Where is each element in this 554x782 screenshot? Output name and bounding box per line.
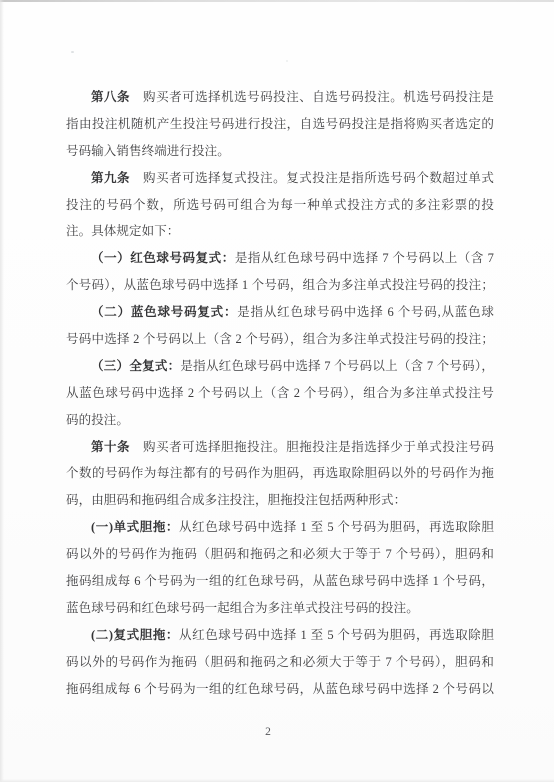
text-run: 从红色球号码中选择 1 至 5 个号码为胆码，再选取除胆: [179, 628, 494, 642]
text-run: 号码中选择 2 个号码以上（含 2 个号码），组合为多注单式投注号码的投注；: [66, 332, 494, 346]
heading-run: （三）全复式：: [91, 359, 180, 373]
text-run: 是指从红色球号码中选择 7 个号码以上（含 7: [235, 251, 494, 265]
text-line: 第八条 购买者可选择机选号码投注、自选号码投注。机选号码投注是: [66, 84, 494, 111]
text-line: 码以外的号码作为拖码（胆码和拖码之和必须大于等于 7 个号码），胆码和: [66, 649, 494, 676]
text-line: 投注的号码个数，所选号码可组合为每一种单式投注方式的多注彩票的投: [66, 192, 494, 219]
heading-run: 第九条: [91, 171, 130, 185]
text-line: 指由投注机随机产生投注号码进行投注，自选号码投注是指将购买者选定的: [66, 111, 494, 138]
heading-run: (一)单式胆拖：: [91, 520, 179, 534]
text-run: 购买者可选择胆拖投注。胆拖投注是指选择少于单式投注号码: [130, 440, 494, 454]
text-run: 个数的号码作为每注都有的号码作为胆码，再选取除胆码以外的号码作为拖: [66, 466, 494, 480]
text-line: 号码中选择 2 个号码以上（含 2 个号码），组合为多注单式投注号码的投注；: [66, 326, 494, 353]
text-run: 从红色球号码中选择 1 至 5 个号码为胆码，再选取除胆: [179, 520, 494, 534]
heading-run: (二)复式胆拖：: [91, 628, 179, 642]
page-number: 2: [0, 726, 554, 738]
text-line: 码，由胆码和拖码组合成多注投注，胆拖投注包括两种形式：: [66, 487, 494, 514]
text-line: （一）红色球号码复式：是指从红色球号码中选择 7 个号码以上（含 7: [66, 245, 494, 272]
text-line: (一)单式胆拖：从红色球号码中选择 1 至 5 个号码为胆码，再选取除胆: [66, 514, 494, 541]
text-run: 码以外的号码作为拖码（胆码和拖码之和必须大于等于 7 个号码），胆码和: [66, 655, 494, 669]
text-run: 是指从红色球号码中选择 7 个号码以上（含 7 个号码），: [180, 359, 494, 373]
text-run: 购买者可选择机选号码投注、自选号码投注。机选号码投注是: [130, 90, 494, 104]
document-body: 第八条 购买者可选择机选号码投注、自选号码投注。机选号码投注是指由投注机随机产生…: [66, 84, 494, 702]
text-run: 码，由胆码和拖码组合成多注投注，胆拖投注包括两种形式：: [66, 493, 406, 507]
text-run: 拖码组成每 6 个号码为一组的红色球号码，从蓝色球号码中选择 2 个号码以: [66, 682, 494, 696]
heading-run: （二）蓝色球号码复式：: [91, 305, 237, 319]
text-line: （三）全复式：是指从红色球号码中选择 7 个号码以上（含 7 个号码），: [66, 353, 494, 380]
text-line: 蓝色球号码和红色球号码一起组合为多注单式投注号码的投注。: [66, 595, 494, 622]
text-line: 注。具体规定如下：: [66, 218, 494, 245]
text-line: 第九条 购买者可选择复式投注。复式投注是指所选号码个数超过单式: [66, 165, 494, 192]
text-line: (二)复式胆拖：从红色球号码中选择 1 至 5 个号码为胆码，再选取除胆: [66, 622, 494, 649]
text-line: 码以外的号码作为拖码（胆码和拖码之和必须大于等于 7 个号码），胆码和: [66, 541, 494, 568]
heading-run: （一）红色球号码复式：: [91, 251, 235, 265]
text-line: 第十条 购买者可选择胆拖投注。胆拖投注是指选择少于单式投注号码: [66, 434, 494, 461]
text-line: 码的投注。: [66, 407, 494, 434]
text-run: 码以外的号码作为拖码（胆码和拖码之和必须大于等于 7 个号码），胆码和: [66, 547, 494, 561]
text-line: 拖码组成每 6 个号码为一组的红色球号码，从蓝色球号码中选择 1 个号码，: [66, 568, 494, 595]
text-run: 拖码组成每 6 个号码为一组的红色球号码，从蓝色球号码中选择 1 个号码，: [66, 574, 494, 588]
heading-run: 第八条: [91, 90, 130, 104]
text-run: 个号码），从蓝色球号码中选择 1 个号码，组合为多注单式投注号码的投注；: [66, 278, 494, 292]
document-page: 第八条 购买者可选择机选号码投注、自选号码投注。机选号码投注是指由投注机随机产生…: [0, 0, 554, 782]
text-run: 蓝色球号码和红色球号码一起组合为多注单式投注号码的投注。: [66, 601, 419, 615]
text-run: 号码输入销售终端进行投注。: [66, 144, 230, 158]
text-line: 个号码），从蓝色球号码中选择 1 个号码，组合为多注单式投注号码的投注；: [66, 272, 494, 299]
scan-edge-left: [0, 0, 4, 782]
text-run: 码的投注。: [66, 413, 129, 427]
text-run: 注。具体规定如下：: [66, 224, 179, 238]
text-run: 指由投注机随机产生投注号码进行投注，自选号码投注是指将购买者选定的: [66, 117, 494, 131]
text-line: 个数的号码作为每注都有的号码作为胆码，再选取除胆码以外的号码作为拖: [66, 460, 494, 487]
text-run: 是指从红色球号码中选择 6 个号码,从蓝色球: [237, 305, 494, 319]
text-line: 拖码组成每 6 个号码为一组的红色球号码，从蓝色球号码中选择 2 个号码以: [66, 676, 494, 703]
heading-run: 第十条: [91, 440, 130, 454]
scan-edge-top: [0, 0, 554, 2]
text-run: 投注的号码个数，所选号码可组合为每一种单式投注方式的多注彩票的投: [66, 198, 494, 212]
text-run: 从蓝色球号码中选择 2 个号码以上（含 2 个号码），组合为多注单式投注号: [66, 386, 494, 400]
scan-speckle: [71, 51, 74, 53]
text-line: 号码输入销售终端进行投注。: [66, 138, 494, 165]
text-line: 从蓝色球号码中选择 2 个号码以上（含 2 个号码），组合为多注单式投注号: [66, 380, 494, 407]
text-line: （二）蓝色球号码复式：是指从红色球号码中选择 6 个号码,从蓝色球: [66, 299, 494, 326]
text-run: 购买者可选择复式投注。复式投注是指所选号码个数超过单式: [130, 171, 494, 185]
scan-speckle: [286, 60, 288, 62]
